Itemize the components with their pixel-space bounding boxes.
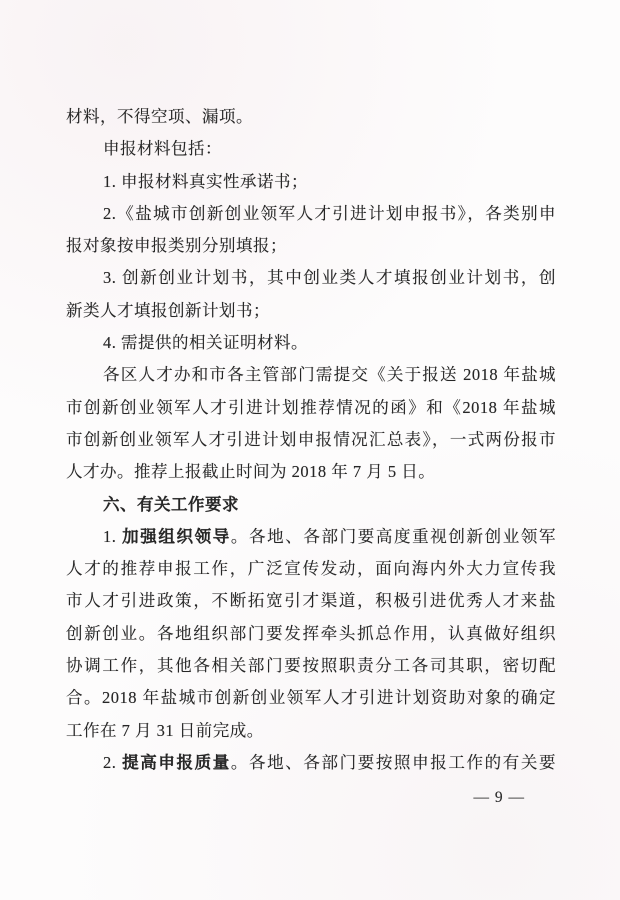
run-in-heading: 提高申报质量 bbox=[122, 753, 231, 772]
line-segment: 。各地、各部门要高度重视创新创业领军 bbox=[231, 527, 556, 546]
line-segment: 人才的推荐申报工作，广泛宣传发动，面向海内外大力宣传我 bbox=[66, 559, 556, 578]
heading-text: 六、有关工作要求 bbox=[103, 495, 239, 514]
text-line: 人才的推荐申报工作，广泛宣传发动，面向海内外大力宣传我 bbox=[66, 553, 556, 585]
document-body: 材料，不得空项、漏项。 申报材料包括： 1. 申报材料真实性承诺书； 2.《盐城… bbox=[66, 101, 556, 779]
line-segment: 市创新创业领军人才引进计划推荐情况的函》和《2018 年盐城 bbox=[66, 398, 556, 417]
line-segment: 创新创业。各地组织部门要发挥牵头抓总作用，认真做好组织 bbox=[66, 624, 556, 643]
page-number: — 9 — bbox=[474, 789, 526, 807]
text-line: 2. 提高申报质量。各地、各部门要按照申报工作的有关要 bbox=[66, 747, 556, 779]
text-line: 协调工作，其他各相关部门要按照职责分工各司其职，密切配 bbox=[66, 650, 556, 682]
line-segment: 各区人才办和市各主管部门需提交《关于报送 2018 年盐城 bbox=[103, 365, 556, 384]
text-line: 1. 申报材料真实性承诺书； bbox=[66, 166, 556, 198]
text-line: 市创新创业领军人才引进计划推荐情况的函》和《2018 年盐城 bbox=[66, 392, 556, 424]
text-line: 工作在 7 月 31 日前完成。 bbox=[66, 715, 556, 747]
line-segment: 1. 申报材料真实性承诺书； bbox=[103, 172, 308, 191]
line-segment: 工作在 7 月 31 日前完成。 bbox=[66, 721, 264, 740]
line-segment: 3. 创新创业计划书，其中创业类人才填报创业计划书，创 bbox=[103, 268, 556, 287]
text-line: 材料，不得空项、漏项。 bbox=[66, 101, 556, 133]
text-line: 市人才引进政策，不断拓宽引才渠道，积极引进优秀人才来盐 bbox=[66, 585, 556, 617]
line-segment: 2.《盐城市创新创业领军人才引进计划申报书》，各类别申 bbox=[103, 204, 556, 223]
line-segment: 市人才引进政策，不断拓宽引才渠道，积极引进优秀人才来盐 bbox=[66, 591, 556, 610]
line-segment: 协调工作，其他各相关部门要按照职责分工各司其职，密切配 bbox=[66, 656, 556, 675]
text-line: 各区人才办和市各主管部门需提交《关于报送 2018 年盐城 bbox=[66, 359, 556, 391]
section-heading: 六、有关工作要求 bbox=[66, 489, 556, 521]
text-line: 创新创业。各地组织部门要发挥牵头抓总作用，认真做好组织 bbox=[66, 618, 556, 650]
text-line: 3. 创新创业计划书，其中创业类人才填报创业计划书，创 bbox=[66, 262, 556, 294]
document-page: 材料，不得空项、漏项。 申报材料包括： 1. 申报材料真实性承诺书； 2.《盐城… bbox=[0, 0, 620, 900]
line-segment: 合。2018 年盐城市创新创业领军人才引进计划资助对象的确定 bbox=[66, 688, 556, 707]
text-line: 报对象按申报类别分别填报； bbox=[66, 230, 556, 262]
line-segment: 申报材料包括： bbox=[103, 139, 222, 158]
line-segment: 2. bbox=[103, 753, 122, 772]
text-line: 市创新创业领军人才引进计划申报情况汇总表》，一式两份报市 bbox=[66, 424, 556, 456]
line-segment: 。各地、各部门要按照申报工作的有关要 bbox=[231, 753, 556, 772]
text-line: 1. 加强组织领导。各地、各部门要高度重视创新创业领军 bbox=[66, 521, 556, 553]
line-segment: 材料，不得空项、漏项。 bbox=[66, 107, 253, 126]
line-segment: 新类人才填报创新计划书； bbox=[66, 301, 270, 320]
line-segment: 报对象按申报类别分别填报； bbox=[66, 236, 287, 255]
line-segment: 市创新创业领军人才引进计划申报情况汇总表》，一式两份报市 bbox=[66, 430, 556, 449]
run-in-heading: 加强组织领导 bbox=[122, 527, 231, 546]
text-line: 2.《盐城市创新创业领军人才引进计划申报书》，各类别申 bbox=[66, 198, 556, 230]
text-line: 合。2018 年盐城市创新创业领军人才引进计划资助对象的确定 bbox=[66, 682, 556, 714]
text-line: 新类人才填报创新计划书； bbox=[66, 295, 556, 327]
line-segment: 4. 需提供的相关证明材料。 bbox=[103, 333, 308, 352]
line-segment: 人才办。推荐上报截止时间为 2018 年 7 月 5 日。 bbox=[66, 462, 435, 481]
line-segment: 1. bbox=[103, 527, 122, 546]
text-line: 4. 需提供的相关证明材料。 bbox=[66, 327, 556, 359]
text-line: 人才办。推荐上报截止时间为 2018 年 7 月 5 日。 bbox=[66, 456, 556, 488]
text-line: 申报材料包括： bbox=[66, 133, 556, 165]
